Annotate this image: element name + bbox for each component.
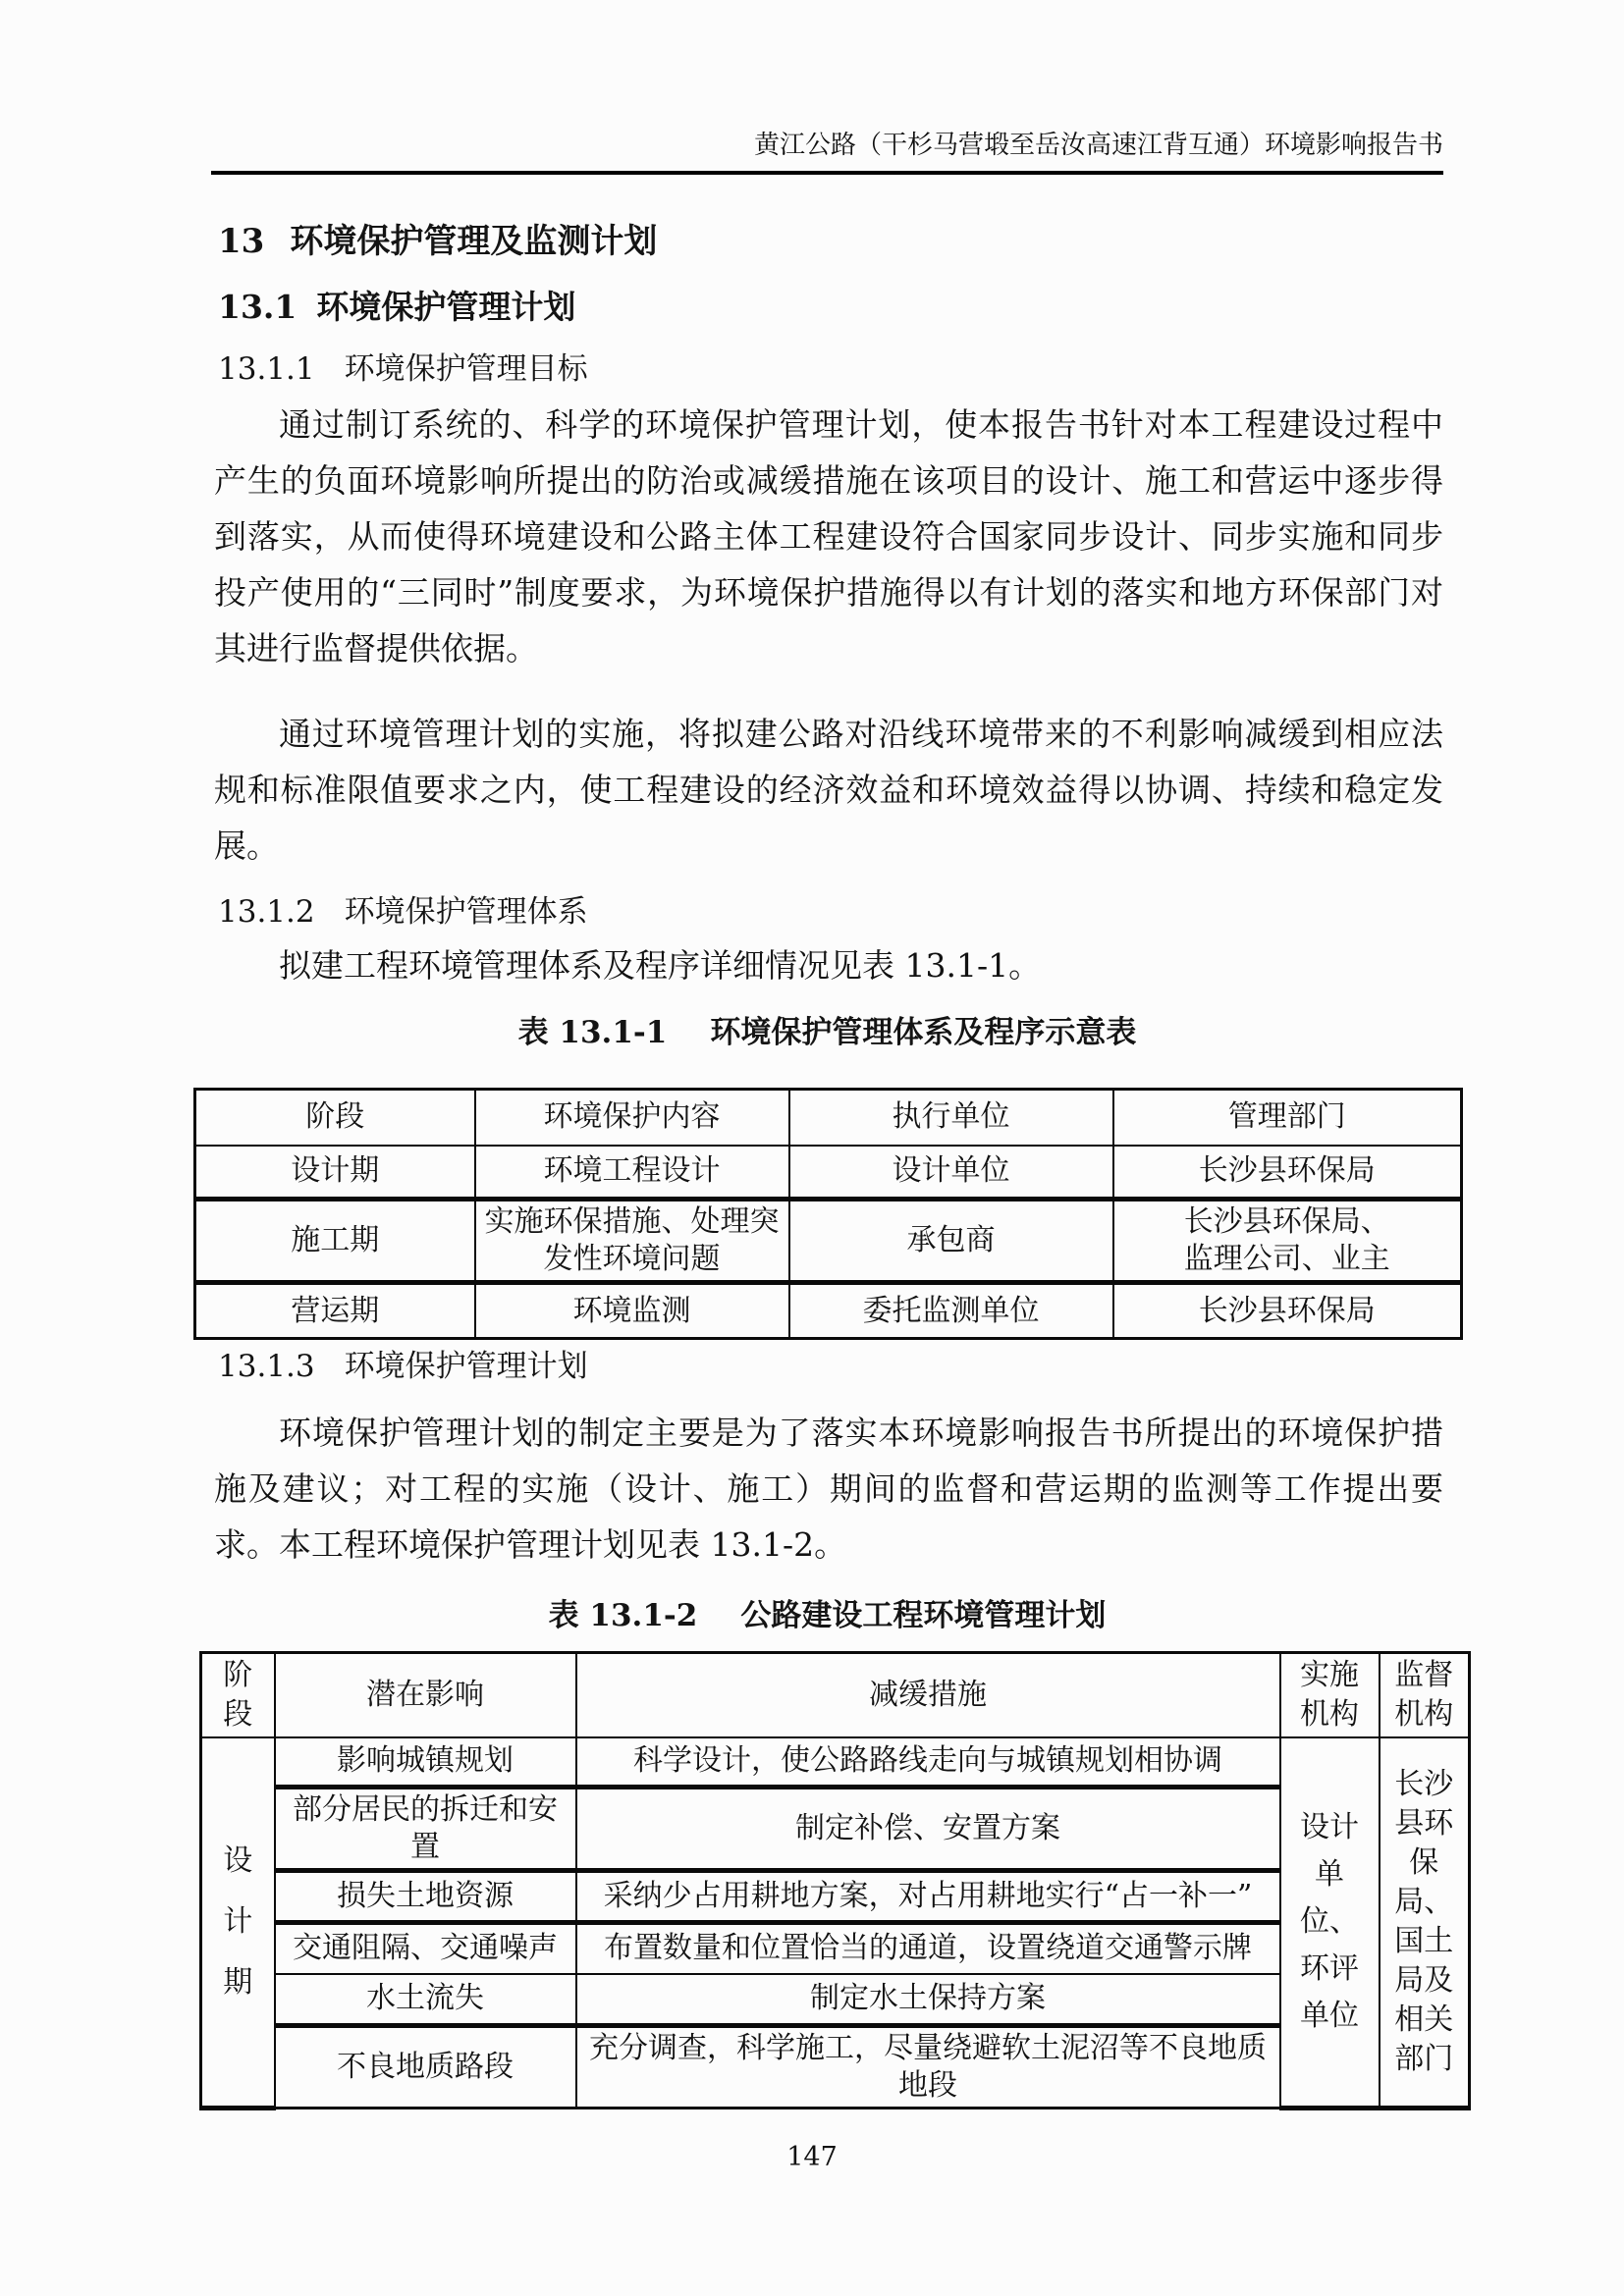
cell-measure: 采纳少占用耕地方案，对占用耕地实行“占一补一”: [576, 1870, 1280, 1922]
table2-header-measure: 减缓措施: [576, 1653, 1280, 1738]
table1-row-construction: 施工期 实施环保措施、处理突发性环境问题 承包商 长沙县环保局、 监理公司、业主: [195, 1200, 1462, 1283]
table2-header-implementer: 实施机构: [1280, 1653, 1380, 1738]
cell-implementer: 设计单位、环评单位: [1280, 1737, 1380, 2108]
section-title: 环境保护管理目标: [345, 351, 588, 387]
table1-header-stage: 阶段: [195, 1090, 475, 1146]
table1-header-manager: 管理部门: [1113, 1090, 1462, 1146]
cell-supervisor: 长沙县环保局、国土局及相关部门: [1380, 1737, 1470, 2108]
table2-row-traffic: 交通阻隔、交通噪声 布置数量和位置恰当的通道，设置绕道交通警示牌: [201, 1922, 1470, 1974]
cell-stage-design-period: 设计期: [201, 1737, 275, 2108]
paragraph-system-intro: 拟建工程环境管理体系及程序详细情况见表 13.1-1。: [214, 937, 1443, 993]
cell-manager-line1: 长沙县环保局、: [1122, 1203, 1453, 1241]
table1-caption: 表 13.1-1环境保护管理体系及程序示意表: [211, 1007, 1443, 1051]
cell-stage: 设计期: [195, 1146, 475, 1200]
cell-impact: 影响城镇规划: [275, 1737, 576, 1787]
cell-content: 环境监测: [475, 1283, 789, 1339]
cell-content: 环境工程设计: [475, 1146, 789, 1200]
section-heading-13: 13环境保护管理及监测计划: [218, 214, 657, 262]
section-number: 13: [218, 222, 264, 261]
cell-stage: 营运期: [195, 1283, 475, 1339]
header-rule: [211, 171, 1443, 175]
cell-stage: 施工期: [195, 1200, 475, 1283]
section-heading-13-1-1: 13.1.1环境保护管理目标: [218, 344, 588, 388]
section-title: 环境保护管理体系: [345, 894, 588, 930]
cell-impact: 损失土地资源: [275, 1870, 576, 1922]
table2-caption-label: 表 13.1-2: [549, 1598, 698, 1633]
table1-header-row: 阶段 环境保护内容 执行单位 管理部门: [195, 1090, 1462, 1146]
table2-row-relocation: 部分居民的拆迁和安置 制定补偿、安置方案: [201, 1787, 1470, 1870]
cell-measure: 科学设计，使公路路线走向与城镇规划相协调: [576, 1737, 1280, 1787]
table2-header-impact: 潜在影响: [275, 1653, 576, 1738]
section-heading-13-1-3: 13.1.3环境保护管理计划: [218, 1341, 588, 1385]
cell-executor: 承包商: [789, 1200, 1113, 1283]
table2-row-soil-erosion: 水土流失 制定水土保持方案: [201, 1974, 1470, 2025]
document-page: 黄江公路（干杉马营塅至岳汝高速江背互通）环境影响报告书 13环境保护管理及监测计…: [0, 0, 1624, 2296]
paragraph-plan-intro: 环境保护管理计划的制定主要是为了落实本环境影响报告书所提出的环境保护措施及建议；…: [214, 1405, 1443, 1573]
table2-header-stage: 阶段: [201, 1653, 275, 1738]
table2-row-land-loss: 损失土地资源 采纳少占用耕地方案，对占用耕地实行“占一补一”: [201, 1870, 1470, 1922]
table1-row-operation: 营运期 环境监测 委托监测单位 长沙县环保局: [195, 1283, 1462, 1339]
section-heading-13-1: 13.1环境保护管理计划: [218, 282, 575, 328]
table2-caption: 表 13.1-2公路建设工程环境管理计划: [211, 1590, 1443, 1634]
table2-header-row: 阶段 潜在影响 减缓措施 实施机构 监督机构: [201, 1653, 1470, 1738]
cell-measure: 制定水土保持方案: [576, 1974, 1280, 2025]
cell-impact: 部分居民的拆迁和安置: [275, 1787, 576, 1870]
page-number: 147: [0, 2142, 1624, 2172]
running-header: 黄江公路（干杉马营塅至岳汝高速江背互通）环境影响报告书: [211, 126, 1443, 165]
table2-row-geology: 不良地质路段 充分调查，科学施工，尽量绕避软土泥沼等不良地质地段: [201, 2025, 1470, 2108]
cell-measure: 制定补偿、安置方案: [576, 1787, 1280, 1870]
section-heading-13-1-2: 13.1.2环境保护管理体系: [218, 886, 588, 931]
cell-executor: 委托监测单位: [789, 1283, 1113, 1339]
table2-caption-title: 公路建设工程环境管理计划: [740, 1598, 1106, 1633]
table1-caption-title: 环境保护管理体系及程序示意表: [710, 1015, 1136, 1050]
cell-impact: 交通阻隔、交通噪声: [275, 1922, 576, 1974]
section-title: 环境保护管理及监测计划: [290, 222, 657, 261]
paragraph-management-goal-1: 通过制订系统的、科学的环境保护管理计划，使本报告书针对本工程建设过程中产生的负面…: [214, 397, 1443, 676]
cell-executor: 设计单位: [789, 1146, 1113, 1200]
table1-header-executor: 执行单位: [789, 1090, 1113, 1146]
section-number: 13.1.2: [218, 894, 315, 930]
section-number: 13.1.3: [218, 1349, 315, 1384]
cell-manager: 长沙县环保局、 监理公司、业主: [1113, 1200, 1462, 1283]
table-13-1-2: 阶段 潜在影响 减缓措施 实施机构 监督机构 设计期 影响城镇规划 科学设计，使…: [199, 1651, 1471, 2110]
section-title: 环境保护管理计划: [345, 1349, 588, 1384]
paragraph-management-goal-2: 通过环境管理计划的实施，将拟建公路对沿线环境带来的不利影响减缓到相应法规和标准限…: [214, 706, 1443, 874]
cell-manager-line2: 监理公司、业主: [1122, 1241, 1453, 1278]
cell-impact: 水土流失: [275, 1974, 576, 2025]
cell-manager: 长沙县环保局: [1113, 1283, 1462, 1339]
table-13-1-1: 阶段 环境保护内容 执行单位 管理部门 设计期 环境工程设计 设计单位 长沙县环…: [193, 1088, 1463, 1340]
cell-impact: 不良地质路段: [275, 2025, 576, 2108]
table2-row-planning: 设计期 影响城镇规划 科学设计，使公路路线走向与城镇规划相协调 设计单位、环评单…: [201, 1737, 1470, 1787]
table1-row-design: 设计期 环境工程设计 设计单位 长沙县环保局: [195, 1146, 1462, 1200]
cell-content: 实施环保措施、处理突发性环境问题: [475, 1200, 789, 1283]
cell-manager: 长沙县环保局: [1113, 1146, 1462, 1200]
section-number: 13.1.1: [218, 351, 315, 387]
section-title: 环境保护管理计划: [316, 288, 575, 326]
table2-header-supervisor: 监督机构: [1380, 1653, 1470, 1738]
cell-measure: 布置数量和位置恰当的通道，设置绕道交通警示牌: [576, 1922, 1280, 1974]
cell-measure: 充分调查，科学施工，尽量绕避软土泥沼等不良地质地段: [576, 2025, 1280, 2108]
table1-caption-label: 表 13.1-1: [518, 1015, 668, 1050]
table1-header-content: 环境保护内容: [475, 1090, 789, 1146]
section-number: 13.1: [218, 288, 297, 326]
